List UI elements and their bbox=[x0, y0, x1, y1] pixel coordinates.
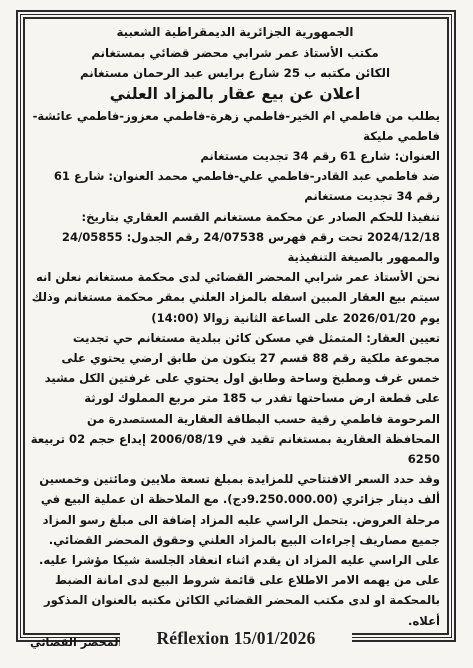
opening-price-paragraph: وقد حدد السعر الافتتاحي للمزايدة بمبلغ ت… bbox=[30, 469, 440, 631]
bailiff-office-line: مكتب الأستاذ عمر شرابي محضر قضائي بمستغا… bbox=[30, 43, 440, 64]
publication-footer: Réflexion 15/01/2026 bbox=[120, 628, 352, 649]
office-address-line: الكائن مكتبه ب 25 شارع برايس عبد الرحمان… bbox=[30, 63, 440, 84]
requesters-paragraph: يطلب من فاطمي ام الخير-فاطمي زهرة-فاطمي … bbox=[30, 106, 440, 146]
property-description-paragraph: تعيين العقار: المتمثل في مسكن كائن ببلدي… bbox=[30, 328, 440, 469]
judgment-paragraph: تنفيذا للحكم الصادر عن محكمة مستغانم الق… bbox=[30, 207, 440, 268]
auction-announcement-paragraph: نحن الأستاذ عمر شرابي المحضر القضائي لدى… bbox=[30, 267, 440, 328]
defendants-paragraph: ضد فاطمي عبد القادر-فاطمي علي-فاطمي محمد… bbox=[30, 166, 440, 206]
legal-notice-content: الجمهورية الجزائرية الديمقراطية الشعبية … bbox=[30, 22, 440, 653]
republic-heading: الجمهورية الجزائرية الديمقراطية الشعبية bbox=[30, 22, 440, 43]
notice-title: اعلان عن بيع عقار بالمزاد العلني bbox=[30, 83, 440, 106]
requesters-address: العنوان: شارع 61 رقم 34 تجديت مستغانم bbox=[30, 146, 440, 166]
